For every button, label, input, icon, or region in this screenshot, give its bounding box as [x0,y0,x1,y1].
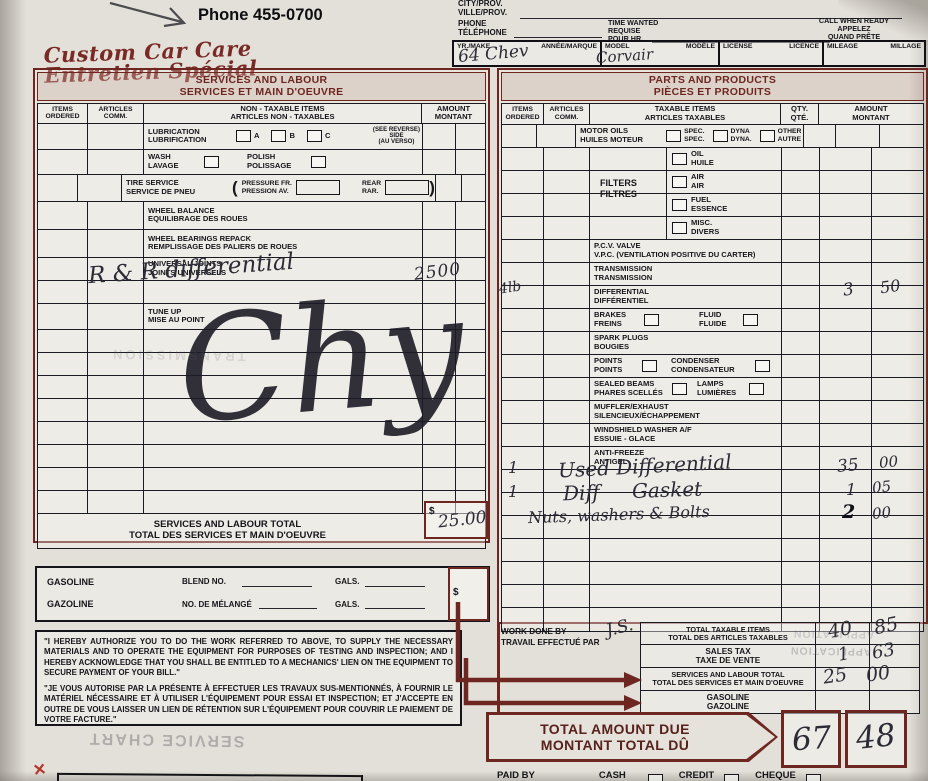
amount-cell [872,332,923,354]
table-cell [502,355,544,377]
table-cell [38,491,88,513]
table-cell [88,376,144,398]
entry-amount-c: 00 [871,503,892,523]
polish-checkbox [311,156,326,168]
table-cell [544,401,590,423]
services-labour-total-d: 25 [822,663,849,688]
blend-no-blank [242,577,312,587]
amount-cell [872,401,923,423]
col-articles-comm: ARTICLESCOMM. [88,104,144,123]
table-row: TRANSMISSIONTRANSMISSION [502,263,923,286]
cash-checkbox [648,774,663,781]
service-wash: WASHLAVAGE POLISHPOLISSAGE [144,150,423,174]
differential-ordered-value: 4lb [498,279,522,298]
entry-amount-d: 2 [842,501,855,523]
total-amount-due-inner: TOTAL AMOUNT DUE MONTANT TOTAL DÛ [489,715,775,759]
col-qty: QTY.QTÉ. [781,104,819,124]
amount-cell [456,202,485,229]
part-filters-label: FILTERSFILTRES [600,178,637,201]
qty-cell [782,171,820,193]
points-checkbox [642,360,657,372]
table-cell [502,424,544,446]
table-cell [88,202,144,229]
services-total-box: $ 25.00 [424,501,488,539]
table-cell [544,378,590,400]
table-cell [502,401,544,423]
cutoff-box [57,773,363,781]
table-cell [544,539,590,561]
qty-cell [782,539,820,561]
amount-cell [820,378,872,400]
qty-cell [782,217,820,239]
city-label-fr: VILLE/PROV. [458,9,507,18]
gals-label: GALS. [335,578,359,587]
services-labour-total-label: SERVICES AND LABOUR TOTALTOTAL DES SERVI… [641,668,815,690]
service-tire: TIRE SERVICESERVICE DE PNEU ( PRESSURE F… [122,175,436,201]
col-items-ordered: ITEMSORDERED [38,104,88,123]
table-cell [502,240,544,262]
credit-checkbox [724,774,739,781]
entry-desc: Diff Gasket [563,477,703,506]
scanned-invoice: Custom Car Care Entretien Spécial Phone … [0,0,928,781]
bleedthrough-text: APPLICATION [790,644,872,657]
sealed-beams-checkbox [672,383,687,395]
entry-ordered: 1 [508,482,518,501]
amount-cell [820,355,872,377]
table-row: SPARK PLUGSBOUGIES [502,332,923,355]
qty-cell [782,424,820,446]
gals-blank [365,577,425,587]
col-taxable: TAXABLE ITEMSARTICLES TAXABLES [590,104,781,124]
part-differential: DIFFERENTIALDIFFÉRENTIEL [590,286,782,308]
gasoline-label: GASOLINE [47,577,94,587]
qty-cell [782,585,820,607]
table-cell [88,230,144,257]
table-cell [544,562,590,584]
amount-cell [836,125,880,147]
table-cell [144,491,423,513]
part-muffler: MUFFLER/EXHAUSTSILENCIEUX/ÉCHAPPEMENT [590,401,782,423]
credit-label: CREDIT [679,771,714,781]
part-pcv-valve: P.C.V. VALVEV.P.C. (VENTILATION POSITIVE… [590,240,782,262]
bleedthrough-text: APPLICATION [793,627,875,640]
table-cell [38,353,88,375]
qty-cell [782,516,820,538]
amount-cell [456,281,485,303]
amount-cell [872,585,923,607]
table-cell [38,330,88,352]
lamps-checkbox [749,383,764,395]
table-cell [144,468,423,490]
table-cell [502,125,537,147]
col-items-ordered: ITEMSORDERED [502,104,544,124]
wash-checkbox [204,156,219,168]
table-cell [38,468,88,490]
amount-cell [872,309,923,331]
amount-cell [872,240,923,262]
part-motor-oils: MOTOR OILSHUILES MOTEUR SPEC.SPEC. DYNAD… [576,125,804,147]
table-cell [502,562,544,584]
amount-cell [820,148,872,170]
table-cell [544,263,590,285]
amount-cell [820,401,872,423]
total-taxable-label: TOTAL TAXABLE ITEMSTOTAL DES ARTICLES TA… [641,623,815,644]
table-cell [502,378,544,400]
amount-cell [880,125,923,147]
entry-ordered: 1 [508,458,518,477]
table-cell [38,422,88,444]
lubrication-a-checkbox [236,130,251,142]
dollar-sign: $ [429,506,435,517]
brake-fluid-checkbox [743,314,758,326]
vehicle-license-cell: LICENSELICENCE [720,42,824,65]
amount-cell [872,194,923,216]
amount-cell [820,424,872,446]
col-non-taxable: NON - TAXABLE ITEMSARTICLES NON - TAXABL… [144,104,422,123]
qty-cell [782,240,820,262]
amount-cell [872,355,923,377]
part-transmission: TRANSMISSIONTRANSMISSION [590,263,782,285]
table-cell [88,304,144,329]
total-due-cents-box: 48 [845,710,907,768]
oil-other-checkbox [760,130,775,142]
table-cell [38,281,88,303]
filter-misc-checkbox [672,222,687,234]
amount-cell [820,171,872,193]
table-cell [88,445,144,467]
qty-cell [782,148,820,170]
amount-cell [462,175,485,201]
table-cell [38,445,88,467]
part-sealed-beams: SEALED BEAMSPHARES SCELLÉS LAMPSLUMIÈRES [590,378,782,400]
parts-table: ITEMSORDERED ARTICLESCOMM. TAXABLE ITEMS… [501,103,924,632]
authorization-text-fr: "JE VOUS AUTORISE PAR LA PRÉSENTE À EFFE… [44,684,453,725]
qty-cell [782,470,820,492]
table-row: MUFFLER/EXHAUSTSILENCIEUX/ÉCHAPPEMENT [502,401,923,424]
parts-title: PARTS AND PRODUCTSPIÈCES ET PRODUITS [501,72,924,101]
blend-no-label: BLEND NO. [182,578,226,587]
table-header-row: ITEMSORDERED ARTICLESCOMM. NON - TAXABLE… [38,104,485,124]
table-row [502,539,923,562]
table-cell [502,171,544,193]
entry-amount-d: 35 [836,455,859,477]
lubrication-b-checkbox [271,130,286,142]
table-cell [502,148,544,170]
col-amount: AMOUNTMONTANT [422,104,485,123]
qty-cell [782,447,820,469]
amount-cell [872,148,923,170]
phone-label-fr: TÉLÉPHONE [458,29,507,38]
table-cell [544,171,590,193]
total-amount-due-box: TOTAL AMOUNT DUE MONTANT TOTAL DÛ [486,712,778,762]
call-when-ready-label: CALL WHEN READYAPPELEZQUAND PRÊTE [800,17,908,40]
services-title: SERVICES AND LABOURSERVICES ET MAIN D'OE… [37,72,486,101]
table-cell [544,355,590,377]
gals-blank-2 [365,599,425,609]
entry-amount-c: 00 [878,452,899,472]
authorization-text-en: "I HEREBY AUTHORIZE YOU TO DO THE WORK R… [44,637,453,678]
amount-cell [423,230,456,257]
table-cell [544,332,590,354]
gasoline-box: GASOLINE GAZOLINE BLEND NO. NO. DE MÉLAN… [35,566,490,622]
amount-cell [820,585,872,607]
gals-label-2: GALS. [335,601,359,610]
table-cell [544,286,590,308]
amount-cell [456,124,485,149]
filter-fuel-checkbox [672,199,687,211]
total-pointer-arrows [430,588,650,718]
table-cell [502,194,544,216]
cheque-label: CHEQUE [755,771,796,781]
part-brakes: BRAKESFREINS FLUIDFLUIDE [590,309,782,331]
qty-cell [782,401,820,423]
table-cell [590,539,782,561]
table-cell [38,124,88,149]
amount-cell [872,539,923,561]
see-reverse-note: (SEE REVERSE)SIDE(AU VERSO) [373,127,420,146]
vehicle-mileage-cell: MILEAGEMILLAGE [824,42,924,65]
amount-cell [872,424,923,446]
table-row: OILHUILE [502,148,923,171]
qty-cell [782,378,820,400]
amount-cell [820,217,872,239]
service-lubrication: LUBRICATIONLUBRIFICATION A B C (SEE REVE… [144,124,423,149]
total-amount-due-label: TOTAL AMOUNT DUE [540,721,690,737]
table-cell [88,124,144,149]
table-cell [502,539,544,561]
tire-pressure-front-box [296,180,340,195]
services-total-row: SERVICES AND LABOUR TOTALTOTAL DES SERVI… [38,514,485,548]
amount-cell [456,445,485,467]
table-cell [537,125,576,147]
services-total-label: SERVICES AND LABOUR TOTALTOTAL DES SERVI… [38,514,417,548]
amount-cell [423,445,456,467]
filter-oil-checkbox [672,153,687,165]
amount-cell [456,150,485,174]
table-cell [502,217,544,239]
table-cell [88,399,144,421]
table-row: AIRAIR [502,171,923,194]
table-row: WINDSHIELD WASHER A/FESSUIE - GLACE [502,424,923,447]
table-cell [38,304,88,329]
authorization-box: "I HEREBY AUTHORIZE YOU TO DO THE WORK R… [35,630,462,726]
services-labour-total-c: 00 [865,661,892,686]
total-amount-due-label-fr: MONTANT TOTAL DÛ [541,737,689,753]
oil-dyna-checkbox [713,130,728,142]
amount-cell [436,175,462,201]
table-cell [544,309,590,331]
amount-cell [423,150,456,174]
gazoline-label: GAZOLINE [47,599,94,609]
part-spark-plugs: SPARK PLUGSBOUGIES [590,332,782,354]
table-cell [544,194,590,216]
table-cell [544,240,590,262]
table-cell [544,217,590,239]
amount-cell [456,468,485,490]
paid-by-label: PAID BY [497,771,535,781]
qty-cell [782,263,820,285]
total-due-dollars-box: 67 [781,710,841,768]
table-row: FUELESSENCE [502,194,923,217]
amount-cell [423,468,456,490]
table-row: MOTOR OILSHUILES MOTEUR SPEC.SPEC. DYNAD… [502,125,923,148]
amount-cell [820,539,872,561]
amount-cell [423,202,456,229]
table-row [38,491,485,514]
table-row: WASHLAVAGE POLISHPOLISSAGE [38,150,485,175]
qty-cell [782,562,820,584]
part-windshield-washer: WINDSHIELD WASHER A/FESSUIE - GLACE [590,424,782,446]
table-row: WHEEL BALANCEEQUILIBRAGE DES ROUES [38,202,485,230]
amount-cell [820,562,872,584]
tire-pressure-rear-box [385,180,429,195]
table-cell [38,175,78,201]
qty-cell [804,125,836,147]
table-row: LUBRICATIONLUBRIFICATION A B C (SEE REVE… [38,124,485,150]
qty-cell [782,286,820,308]
amount-cell [820,194,872,216]
amount-cell [456,230,485,257]
amount-cell [820,309,872,331]
services-total-value: 25.00 [437,508,487,533]
blend-no-label-fr: NO. DE MÉLANGÉ [182,601,252,610]
amount-cell [872,378,923,400]
col-articles-comm: ARTICLESCOMM. [544,104,590,124]
qty-cell [782,332,820,354]
phone-blank [514,28,602,38]
paper-texture [0,0,26,781]
table-row [502,562,923,585]
part-filter-misc: MISC.DIVERS [590,217,782,239]
table-row: SEALED BEAMSPHARES SCELLÉS LAMPSLUMIÈRES [502,378,923,401]
service-wheel-balance: WHEEL BALANCEEQUILIBRAGE DES ROUES [144,202,423,229]
table-row: MISC.DIVERS [502,217,923,240]
table-row: BRAKESFREINS FLUIDFLUIDE [502,309,923,332]
amount-cell [872,562,923,584]
amount-cell [423,124,456,149]
table-cell [38,258,88,280]
qty-cell [782,194,820,216]
part-filter-oil: OILHUILE [590,148,782,170]
entry-amount-c: 05 [871,477,892,497]
entry-amount-d: 1 [846,480,856,499]
amount-cell [872,217,923,239]
total-due-cents: 48 [854,717,897,757]
qty-cell [782,355,820,377]
table-cell [78,175,122,201]
table-row [38,468,485,491]
cheque-checkbox [806,774,821,781]
table-row: P.C.V. VALVEV.P.C. (VENTILATION POSITIVE… [502,240,923,263]
table-cell [38,230,88,257]
condenser-checkbox [755,360,770,372]
amount-cell [820,332,872,354]
qty-cell [782,493,820,515]
table-cell [38,150,88,174]
table-cell [502,309,544,331]
table-header-row: ITEMSORDERED ARTICLESCOMM. TAXABLE ITEMS… [502,104,923,125]
sales-tax-c: 63 [870,639,896,664]
amount-cell [872,171,923,193]
table-cell [88,150,144,174]
table-cell [38,376,88,398]
bleedthrough-text: TRANSMISSION [110,347,246,364]
table-cell [88,491,144,513]
table-row: DIFFERENTIALDIFFÉRENTIEL [502,286,923,309]
table-row: POINTSPOINTS CONDENSERCONDENSATEUR [502,355,923,378]
total-due-dollars: 67 [791,720,833,759]
oil-spec-checkbox [666,130,681,142]
filter-air-checkbox [672,176,687,188]
table-cell [38,399,88,421]
red-x-mark: ✕ [32,759,48,781]
table-cell [38,202,88,229]
table-cell [590,562,782,584]
amount-cell [820,240,872,262]
differential-amount-c: 50 [879,276,902,298]
col-amount: AMOUNTMONTANT [819,104,923,124]
table-cell [88,468,144,490]
table-cell [544,148,590,170]
table-cell [544,424,590,446]
bleedthrough-text: SERVICE CHART [88,729,245,750]
parts-panel: PARTS AND PRODUCTSPIÈCES ET PRODUITS ITE… [497,68,928,624]
qty-cell [782,309,820,331]
table-cell [88,422,144,444]
brakes-checkbox [644,314,659,326]
brand-phone: Phone 455-0700 [198,6,323,25]
table-row: TIRE SERVICESERVICE DE PNEU ( PRESSURE F… [38,175,485,202]
paid-by-row: PAID BY CASH CREDIT CHEQUE [497,766,917,781]
table-cell [502,332,544,354]
lubrication-c-checkbox [307,130,322,142]
part-points: POINTSPOINTS CONDENSERCONDENSATEUR [590,355,782,377]
cash-label: CASH [599,771,626,781]
blend-no-blank-fr [259,599,317,609]
